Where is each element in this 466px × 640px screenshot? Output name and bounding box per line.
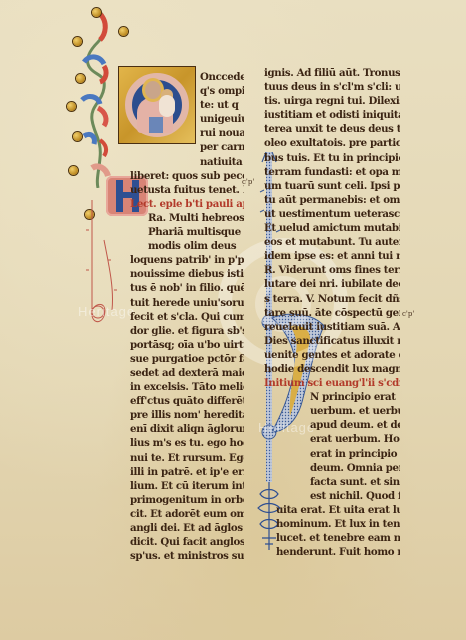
text-line: deum. Omnia per ipsum: [250, 461, 400, 475]
text-line: tus ē nob' in filio. quē cōsti: [104, 281, 244, 295]
text-line: lutare dei nri. iubilate deo omī: [250, 277, 400, 291]
rubric-heading: Lect. eple b'ti pauli apli. Ad: [104, 197, 244, 211]
text-line: henderunt. Fuit homo missus a: [250, 545, 400, 559]
gold-bezant: [119, 27, 128, 36]
text-line: ignis. Ad filiū aūt. Tronus: [250, 66, 400, 80]
text-line: eos et mutabunt. Tu autem: [250, 235, 400, 249]
text-line: unigeuiu: [104, 112, 244, 126]
gold-bezant: [73, 132, 82, 141]
text-line: hodie descendit lux magna sup terras.: [250, 362, 400, 376]
text-line: iustitiam et odisti iniquitatē: pp: [250, 108, 400, 122]
text-line: sue purgatioe pctōr faciēs: [104, 352, 244, 366]
text-line: natiuita: [104, 155, 244, 169]
text-line: Ra. Multi hebreos.: [104, 211, 244, 225]
text-line: enī dixit aliqn āglorum. Fi': [104, 422, 244, 436]
text-column-right: ignis. Ad filiū aūt. Tronus tuus deus in…: [250, 66, 400, 559]
gold-bezant: [92, 8, 101, 17]
text-line: oleo exultatois. pre participi: [250, 136, 400, 150]
text-line: reuelauit iustitiam suā. Alla. V.: [250, 320, 400, 334]
text-line: eff'ctus quāto differētius: [104, 394, 244, 408]
text-line: apud deum. et deus: [250, 418, 400, 432]
manuscript-page: Heritage Heritage c'p' c'p' Onccede q's …: [0, 0, 466, 640]
text-line: tuit herede uniu'sorum. p' q: [104, 296, 244, 310]
text-line: rui noua: [104, 126, 244, 140]
rubric-heading: Initium sci euang'l'ii s'cdm Iohem.: [250, 376, 400, 390]
text-line: liberet: quos sub peccati iugo: [104, 169, 244, 183]
text-line: nouissime diebus istis locu: [104, 267, 244, 281]
text-line: idem ipse es: et anni tui nō deficiēt.: [250, 249, 400, 263]
text-line: terram fundasti: et opa manu: [250, 165, 400, 179]
gold-bezant: [69, 166, 78, 175]
text-line: tis. uirga regni tui. Dilexisti: [250, 94, 400, 108]
gold-bezant: [67, 102, 76, 111]
text-line: Dies sanctificatus illuxit nobis: [250, 334, 400, 348]
text-line: hominum. Et lux in tenebris: [250, 517, 400, 531]
text-line: cit. Et adorēt eum omnes: [104, 507, 244, 521]
text-line: q's ompi:: [104, 84, 244, 98]
text-line: erat uerbum. Hoc: [250, 432, 400, 446]
text-line: primogenitum in orbē terre di: [104, 493, 244, 507]
text-line: Et uelud amictum mutabis: [250, 221, 400, 235]
text-line: lium. Et cū iterum introducit: [104, 479, 244, 493]
text-line: portāsq; oīa u'bo uirtutis: [104, 338, 244, 352]
text-line: ut uestimentum ueterascent.: [250, 207, 400, 221]
text-line: in excelsis. Tāto melior āglis: [104, 380, 244, 394]
text-line: loquens patrib' in p'phetis.: [104, 253, 244, 267]
gold-bezant: [76, 74, 85, 83]
text-line: dicit. Qui facit anglos suos: [104, 535, 244, 549]
text-line: R. Viderunt oms fines terre sa: [250, 263, 400, 277]
text-line: Phariā multisque: [104, 225, 244, 239]
text-line: s terra. V. Notum fecit dñs salu: [250, 292, 400, 306]
text-line: facta sunt. et sine ipso factum: [250, 475, 400, 489]
gold-bezant: [73, 37, 82, 46]
text-line: sp'us. et ministros suos flāmam: [104, 549, 244, 563]
text-line: tuus deus in s'cl'm s'cli: uirga equi: [250, 80, 400, 94]
text-line: nui te. Et rursum. Ego ero: [104, 451, 244, 465]
text-line: fecit et s'cla. Qui cum sit splē: [104, 310, 244, 324]
text-line: tu aūt permanebis: et oms: [250, 193, 400, 207]
text-line: N principio erat: [250, 390, 400, 404]
text-line: angli dei. Et ad āglos quidē: [104, 521, 244, 535]
text-line: te: ut q: [104, 98, 244, 112]
text-line: uita erat. Et uita erat lux: [250, 503, 400, 517]
text-line: bus tuis. Et tu in principio dñe: [250, 151, 400, 165]
text-line: sedet ad dexterā maiestatis: [104, 366, 244, 380]
text-line: uetusta fuitus tenet. Pe'rio.: [104, 183, 244, 197]
text-line: per carnē: [104, 140, 244, 154]
text-line: dor glie. et figura sb'stantie ei: [104, 324, 244, 338]
text-column-left: Onccede q's ompi: te: ut q unigeuiu rui …: [104, 70, 244, 563]
text-line: lius m's es tu. ego hodie ge: [104, 436, 244, 450]
text-line: pre illis nom' hereditauit. Cui: [104, 408, 244, 422]
text-line: illi in patrē. et ip'e erit m'i in fi: [104, 465, 244, 479]
margin-mark: c'p': [402, 310, 414, 318]
text-line: lucet. et tenebre eam nō cōpre: [250, 531, 400, 545]
text-line: erat in principio apd: [250, 447, 400, 461]
text-line: um tuarū sunt celi. Ipsi peribunt.: [250, 179, 400, 193]
text-line: uenite gentes et adorate dnm. quia: [250, 348, 400, 362]
text-line: tare suū. āte cōspectū gentium: [250, 306, 400, 320]
text-line: modis olim deus: [104, 239, 244, 253]
text-line: est nichil. Quod factum est in ipso: [250, 489, 400, 503]
text-line: uerbum. et uerbum erat: [250, 404, 400, 418]
text-line: terea unxit te deus deus tuus: [250, 122, 400, 136]
text-line: Onccede: [104, 70, 244, 84]
